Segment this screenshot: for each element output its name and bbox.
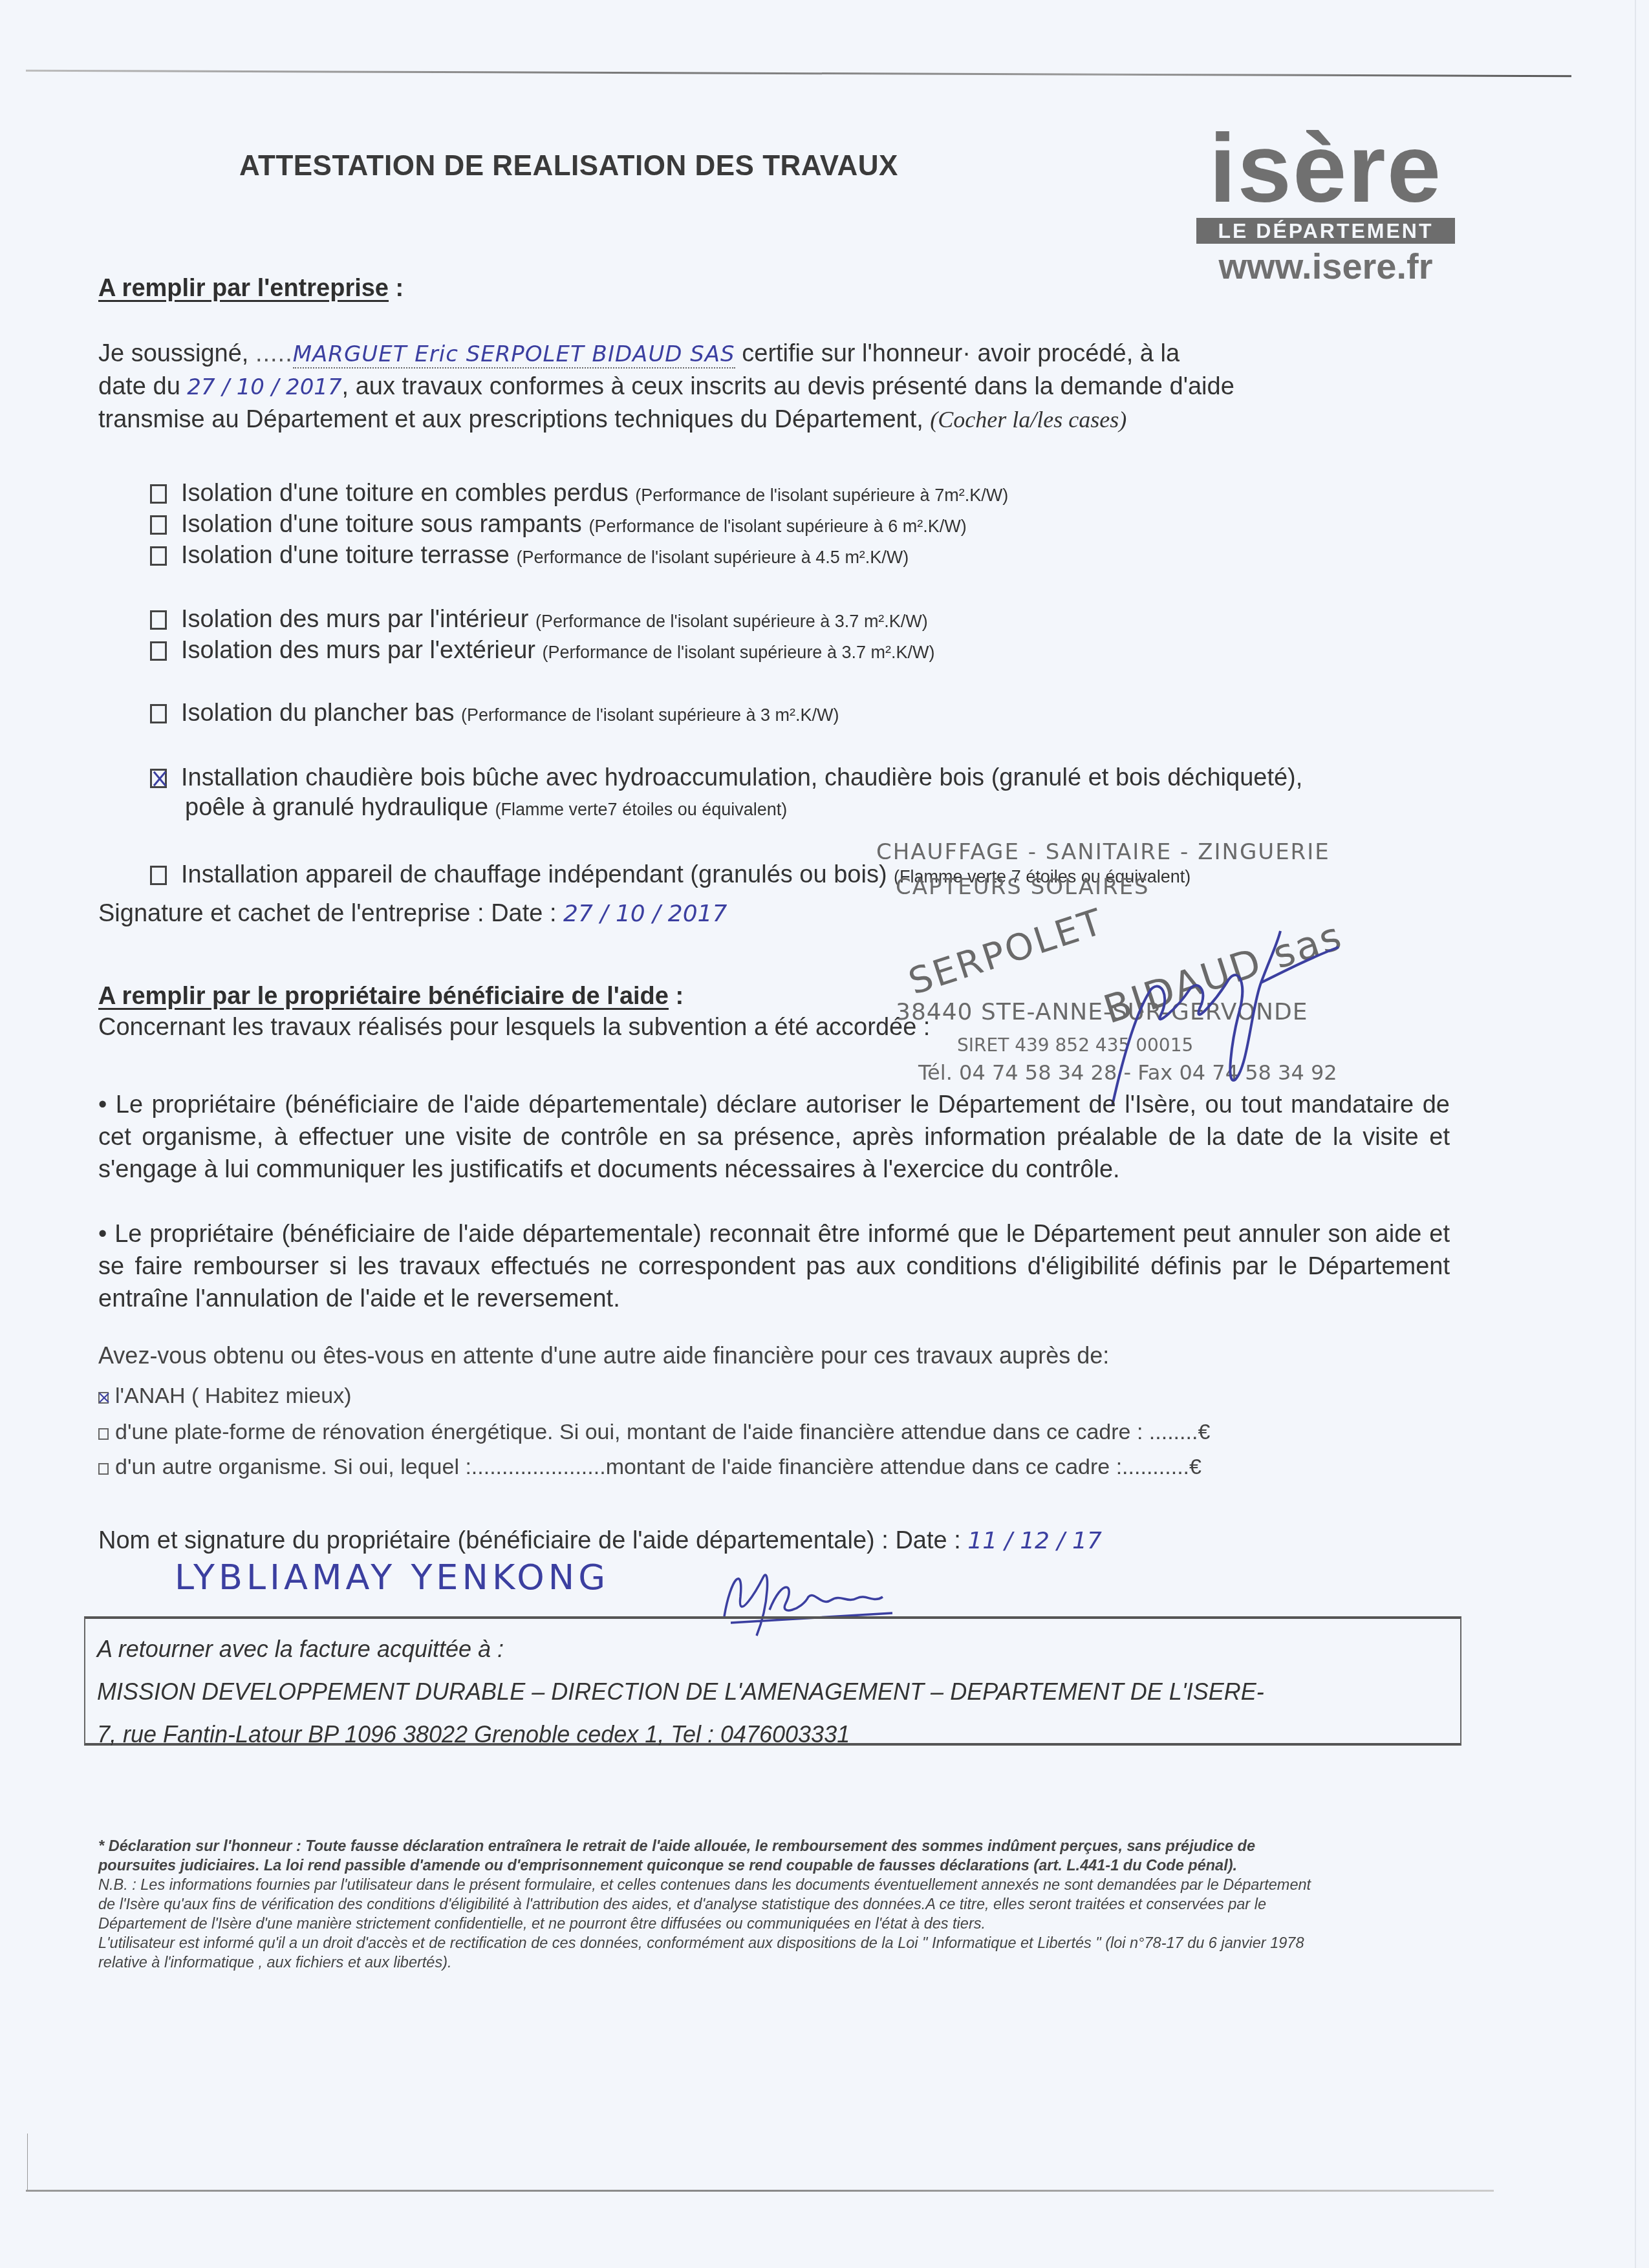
footnote-nb: N.B. : Les informations fournies par l'u… xyxy=(98,1875,1314,1933)
checkbox-checked-icon[interactable] xyxy=(98,1392,109,1404)
company-signature-scribble xyxy=(1099,918,1345,1112)
stamp-company-name-1: SERPOLET xyxy=(904,901,1109,1003)
work-item: Isolation des murs par l'extérieur (Perf… xyxy=(150,636,934,667)
checkbox-icon[interactable] xyxy=(150,704,167,723)
logo-wordmark: isère xyxy=(1196,126,1455,210)
scan-fold-line-bottom xyxy=(26,2190,1494,2192)
scan-edge xyxy=(27,2134,28,2192)
work-item-label: Installation appareil de chauffage indép… xyxy=(181,861,887,888)
work-item-label: Isolation des murs par l'extérieur xyxy=(181,637,535,664)
return-instruction: A retourner avec la facture acquittée à … xyxy=(97,1628,1449,1671)
work-item: Isolation d'une toiture sous rampants (P… xyxy=(150,509,967,541)
signatory-name-field[interactable]: MARGUET Eric SERPOLET BIDAUD SAS xyxy=(293,341,735,369)
work-item-label: Isolation d'une toiture terrasse xyxy=(181,542,510,569)
isere-logo: isère LE DÉPARTEMENT www.isere.fr xyxy=(1196,126,1455,286)
return-address: 7, rue Fantin-Latour BP 1096 38022 Greno… xyxy=(97,1713,1449,1756)
stamp-trade-line: CHAUFFAGE - SANITAIRE - ZINGUERIE xyxy=(876,839,1330,865)
owner-signature-row: Nom et signature du propriétaire (bénéfi… xyxy=(98,1527,1102,1555)
work-item-note: (Performance de l'isolant supérieure à 4… xyxy=(516,548,909,567)
work-item: Isolation d'une toiture terrasse (Perfor… xyxy=(150,540,909,572)
other-aid-option-label: d'un autre organisme. Si oui, lequel :..… xyxy=(115,1455,1202,1479)
other-aid-option-label: d'une plate-forme de rénovation énergéti… xyxy=(115,1420,1210,1444)
work-item: Isolation du plancher bas (Performance d… xyxy=(150,698,839,730)
declaration-line-2: date du 27 / 10 / 2017, aux travaux conf… xyxy=(98,370,1450,403)
company-signature-row: Signature et cachet de l'entreprise : Da… xyxy=(98,900,727,928)
legal-footnotes: * Déclaration sur l'honneur : Toute faus… xyxy=(98,1836,1314,1972)
work-item-label: Isolation d'une toiture sous rampants xyxy=(181,511,582,538)
other-aid-option: l'ANAH ( Habitez mieux) xyxy=(98,1384,351,1409)
checkbox-icon[interactable] xyxy=(150,515,167,535)
work-item: Installation chaudière bois bûche avec h… xyxy=(150,763,1302,824)
work-item-label: Isolation d'une toiture en combles perdu… xyxy=(181,480,629,507)
return-address-box: A retourner avec la facture acquittée à … xyxy=(84,1616,1461,1746)
work-item: Isolation d'une toiture en combles perdu… xyxy=(150,478,1008,510)
owner-control-clause: • Le propriétaire (bénéficiaire de l'aid… xyxy=(98,1089,1450,1186)
works-date-field[interactable]: 27 / 10 / 2017 xyxy=(187,374,341,400)
owner-reimbursement-clause: • Le propriétaire (bénéficiaire de l'aid… xyxy=(98,1218,1450,1315)
checkbox-icon[interactable] xyxy=(98,1428,109,1440)
other-aid-option: d'une plate-forme de rénovation énergéti… xyxy=(98,1420,1210,1445)
scan-edge-right xyxy=(1635,0,1636,2268)
owner-section-intro: Concernant les travaux réalisés pour les… xyxy=(98,1014,930,1042)
work-item-note: (Performance de l'isolant supérieure à 3… xyxy=(461,705,839,725)
company-section-heading: A remplir par l'entreprise : xyxy=(98,275,404,303)
other-aid-option-label: l'ANAH ( Habitez mieux) xyxy=(115,1384,351,1408)
checkbox-icon[interactable] xyxy=(150,546,167,566)
work-item: Isolation des murs par l'intérieur (Perf… xyxy=(150,604,928,636)
work-item-note: (Performance de l'isolant supérieure à 3… xyxy=(543,643,935,662)
owner-signature-date-field[interactable]: 11 / 12 / 17 xyxy=(967,1528,1101,1554)
work-item-note: (Performance de l'isolant supérieure à 3… xyxy=(535,612,928,631)
other-aid-question: Avez-vous obtenu ou êtes-vous en attente… xyxy=(98,1342,1109,1369)
checkbox-checked-icon[interactable] xyxy=(150,769,167,788)
logo-band: LE DÉPARTEMENT xyxy=(1196,218,1455,244)
company-signature-date-field[interactable]: 27 / 10 / 2017 xyxy=(563,901,727,927)
stamp-trade-line-2: CAPTEURS SOLAIRES xyxy=(896,874,1150,900)
logo-url: www.isere.fr xyxy=(1196,246,1455,286)
checkbox-icon[interactable] xyxy=(98,1463,109,1475)
footnote-declaration: * Déclaration sur l'honneur : Toute faus… xyxy=(98,1836,1314,1875)
work-item-note: (Performance de l'isolant supérieure à 7… xyxy=(635,486,1008,505)
declaration-line-1: Je soussigné, .....MARGUET Eric SERPOLET… xyxy=(98,337,1450,370)
owner-name-field[interactable]: LYBLIAMAY YENKONG xyxy=(175,1557,609,1598)
work-item-note: (Performance de l'isolant supérieure à 6… xyxy=(588,517,966,536)
checkbox-icon[interactable] xyxy=(150,866,167,885)
owner-section-heading: A remplir par le propriétaire bénéficiai… xyxy=(98,983,684,1011)
checkbox-icon[interactable] xyxy=(150,484,167,504)
other-aid-option: d'un autre organisme. Si oui, lequel :..… xyxy=(98,1455,1202,1480)
work-item-label: Isolation du plancher bas xyxy=(181,700,455,727)
work-item-note: (Flamme verte7 étoiles ou équivalent) xyxy=(495,800,788,819)
work-item-label-line2: poêle à granulé hydraulique xyxy=(185,794,488,821)
return-recipient: MISSION DEVELOPPEMENT DURABLE – DIRECTIO… xyxy=(97,1671,1449,1713)
declaration-line-3: transmise au Département et aux prescrip… xyxy=(98,403,1450,436)
work-item-label: Isolation des murs par l'intérieur xyxy=(181,606,528,633)
footnote-rights: L'utilisateur est informé qu'il a un dro… xyxy=(98,1933,1314,1972)
checkbox-icon[interactable] xyxy=(150,610,167,630)
page-title: ATTESTATION DE REALISATION DES TRAVAUX xyxy=(239,150,898,182)
work-item-label: Installation chaudière bois bûche avec h… xyxy=(181,764,1302,791)
checkbox-icon[interactable] xyxy=(150,641,167,661)
scan-fold-line-top xyxy=(26,70,1571,77)
company-declaration: Je soussigné, .....MARGUET Eric SERPOLET… xyxy=(98,337,1450,436)
